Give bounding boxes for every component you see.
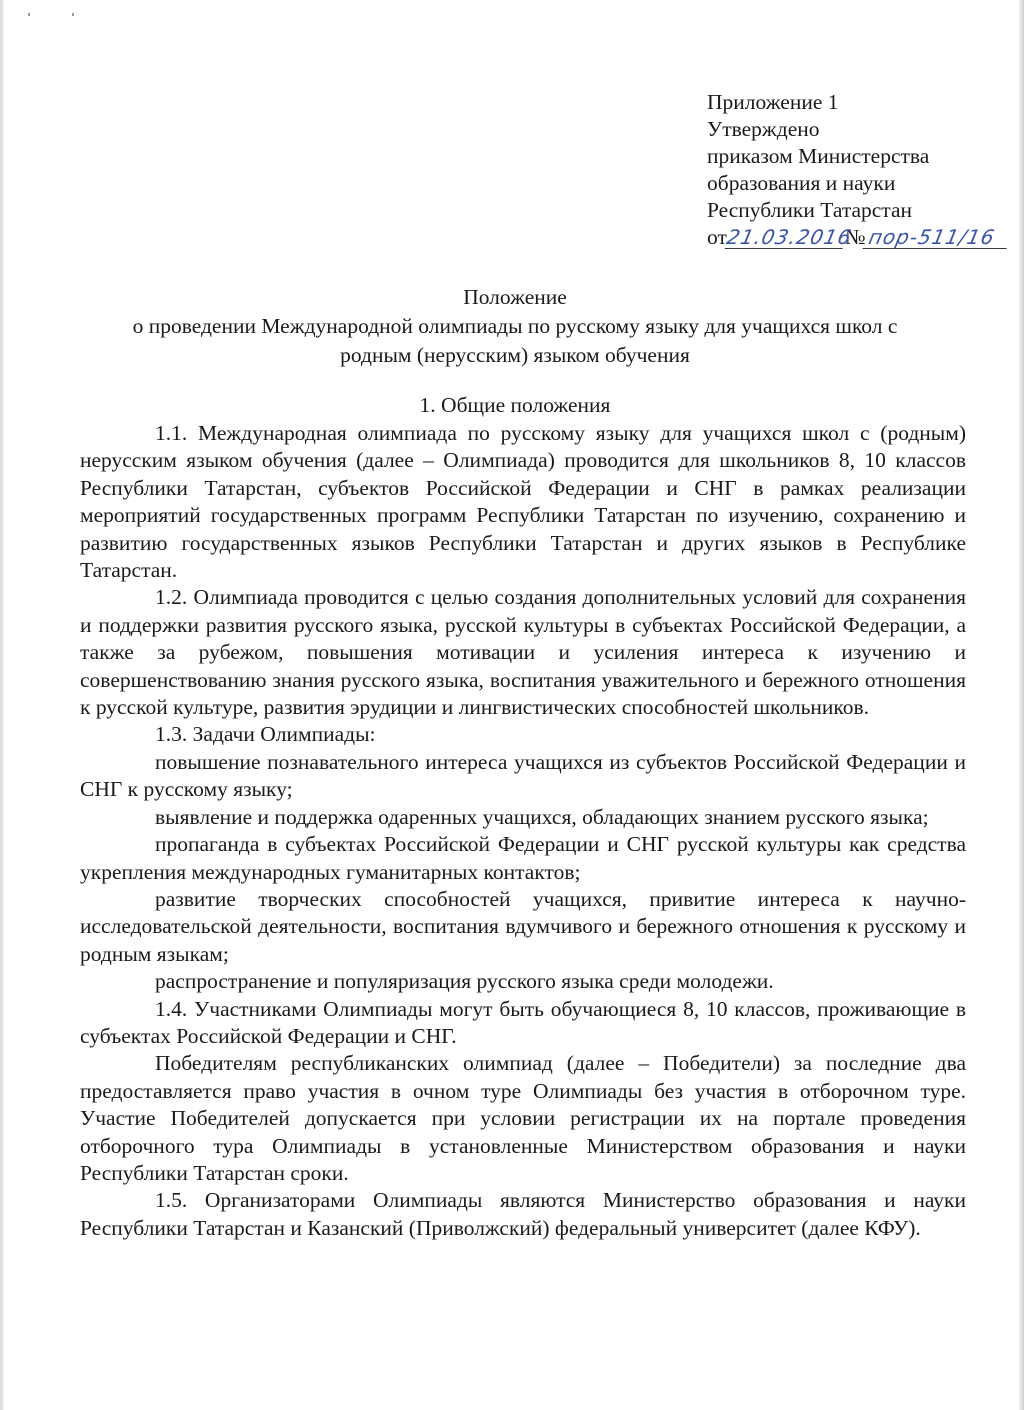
ministry-label: образования и науки — [707, 170, 1009, 197]
handwritten-date: 21.03.2016 — [724, 226, 847, 249]
document-page: Приложение 1 Утверждено приказом Министе… — [0, 0, 1024, 1410]
section-heading: 1. Общие положения — [70, 392, 960, 419]
document-subtitle-line-2: родным (нерусским) языком обучения — [70, 341, 960, 370]
document-subtitle-line-1: о проведении Международной олимпиады по … — [70, 312, 960, 341]
handwritten-order-number: пор-511/16 — [863, 226, 1012, 249]
appendix-label: Приложение 1 — [707, 89, 1009, 116]
paragraph-1-1: 1.1. Международная олимпиада по русскому… — [80, 420, 966, 584]
date-prefix: от — [707, 225, 727, 249]
page-edge-left — [0, 0, 4, 1410]
paragraph-1-2: 1.2. Олимпиада проводится с целью создан… — [80, 584, 966, 721]
paragraph-1-4: 1.4. Участниками Олимпиады могут быть об… — [80, 996, 966, 1051]
document-title-block: Положение о проведении Международной оли… — [70, 283, 960, 370]
task-item: повышение познавательного интереса учащи… — [80, 749, 966, 804]
task-item: развитие творческих способностей учащихс… — [80, 886, 966, 968]
republic-label: Республики Татарстан — [707, 197, 1009, 224]
paragraph-1-3: 1.3. Задачи Олимпиады: — [80, 721, 966, 748]
order-date-number-line: от21.03.2016№пор-511/16 — [707, 224, 1009, 251]
section-body: 1.1. Международная олимпиада по русскому… — [80, 420, 966, 1242]
task-item: распространение и популяризация русского… — [80, 968, 966, 995]
approval-stamp-block: Приложение 1 Утверждено приказом Министе… — [707, 89, 1009, 251]
task-item: выявление и поддержка одаренных учащихся… — [80, 804, 966, 831]
order-label: приказом Министерства — [707, 143, 1009, 170]
paragraph-winners: Победителям республиканских олимпиад (да… — [80, 1050, 966, 1187]
scan-artifact — [28, 13, 30, 16]
approved-label: Утверждено — [707, 116, 1009, 143]
paragraph-1-5: 1.5. Организаторами Олимпиады являются М… — [80, 1187, 966, 1242]
task-item: пропаганда в субъектах Российской Федера… — [80, 831, 966, 886]
document-title: Положение — [70, 283, 960, 312]
scan-artifact — [72, 13, 74, 16]
page-edge-right — [1019, 0, 1024, 1410]
